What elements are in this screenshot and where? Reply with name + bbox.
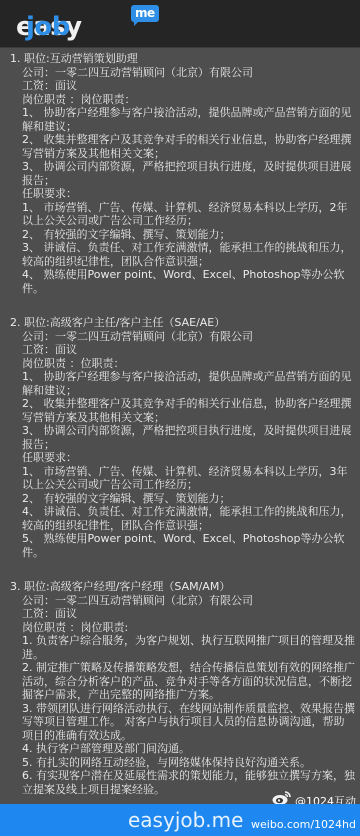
duties-heading: 岗位职责 ：岗位职责: xyxy=(22,621,355,635)
duties-heading: 岗位职责 ：位职责： xyxy=(22,357,355,371)
requirement-item: 4、 熟练使用Power point、Word、Excel、Photoshop等… xyxy=(22,268,355,295)
job-listings: 1. 职位:互动营销策划助理 公司：一零二四互动营销顾问（北京）有限公司 工资：… xyxy=(0,48,360,800)
job-title: 3. 职位:高级客户经理/客户经理（SAM/AM） xyxy=(10,580,355,594)
duty-item: 1、 协助客户经理参与客户接洽活动，提供品牌或产品营销方面的见解和建议； xyxy=(22,106,355,133)
duty-item: 3. 带领团队进行网络活动执行、在线网站制作质量监控、效果报告撰写等项目管理工作… xyxy=(22,702,355,743)
job-posting-1: 1. 职位:互动营销策划助理 公司：一零二四互动营销顾问（北京）有限公司 工资：… xyxy=(10,52,355,295)
requirement-item: 4、 讲诚信、负责任、对工作充满激情，能承担工作的挑战和压力，较高的组织纪律性，… xyxy=(22,505,355,532)
requirement-item: 5、 熟练使用Power point、Word、Excel、Photoshop等… xyxy=(22,532,355,559)
salary: 工资：面议 xyxy=(22,343,355,357)
duty-item: 1、 协助客户经理参与客户接洽活动，提供品牌或产品营销方面的见解和建议； xyxy=(22,370,355,397)
weibo-url[interactable]: weibo.com/1024hd xyxy=(251,818,356,832)
duties-heading: 岗位职责 ：岗位职责： xyxy=(22,93,355,107)
duty-item: 1. 负责客户综合服务，为客户规划、执行互联网推广项目的管理及推进。 xyxy=(22,634,355,661)
requirements-heading: 任职要求： xyxy=(22,451,355,465)
company: 公司：一零二四互动营销顾问（北京）有限公司 xyxy=(22,66,355,80)
duty-item: 2. 制定推广策略及传播策略发想，结合传播信息策划有效的网络推广活动，综合分析客… xyxy=(22,661,355,702)
duty-item: 3、 协调公司内部资源，严格把控项目执行进度，及时提供项目进展报告； xyxy=(22,160,355,187)
logo-me-bubble: me xyxy=(131,5,159,22)
company: 公司：一零二四互动营销顾问（北京）有限公司 xyxy=(22,330,355,344)
requirements-heading: 任职要求： xyxy=(22,187,355,201)
duty-item: 2、 收集并整理客户及其竞争对手的相关行业信息，协助客户经理撰写营销方案及其他相… xyxy=(22,133,355,160)
job-posting-2: 2. 职位:高级客户主任/客户主任（SAE/AE） 公司：一零二四互动营销顾问（… xyxy=(10,316,355,559)
duty-item: 5. 有扎实的网络互动经验，与网络媒体保持良好沟通关系。 xyxy=(22,756,355,770)
job-title: 2. 职位:高级客户主任/客户主任（SAE/AE） xyxy=(10,316,355,330)
requirement-item: 3、 讲诚信、负责任、对工作充满激情，能承担工作的挑战和压力，较高的组织纪律性，… xyxy=(22,241,355,268)
header: easyjob me xyxy=(0,0,360,48)
requirement-item: 1、 市场营销、广告、传媒、计算机、经济贸易本科以上学历，3年以上公关公司或广告… xyxy=(22,465,355,492)
footer: easyjob.me weibo.com/1024hd xyxy=(0,804,360,836)
job-posting-3: 3. 职位:高级客户经理/客户经理（SAM/AM） 公司：一零二四互动营销顾问（… xyxy=(10,580,355,796)
logo-job: job xyxy=(26,12,360,42)
duty-item: 2、 收集并整理客户及其竞争对手的相关行业信息，协助客户经理撰写营销方案及其他相… xyxy=(22,397,355,424)
duty-item: 4. 执行客户部管理及部门间沟通。 xyxy=(22,742,355,756)
duty-item: 3、 协调公司内部资源，严格把控项目执行进度，及时提供项目进展报告； xyxy=(22,424,355,451)
salary: 工资：面议 xyxy=(22,607,355,621)
company: 公司：一零二四互动营销顾问（北京）有限公司 xyxy=(22,594,355,608)
requirement-item: 2、 有较强的文字编辑、撰写、策划能力； xyxy=(22,492,355,506)
job-title: 1. 职位:互动营销策划助理 xyxy=(10,52,355,66)
salary: 工资：面议 xyxy=(22,79,355,93)
duty-item: 6. 有实现客户潜在及延展性需求的策划能力，能够独立撰写方案，独立提案及线上项目… xyxy=(22,769,355,796)
easyjob-logo[interactable]: easyjob me xyxy=(16,12,82,42)
requirement-item: 1、 市场营销、广告、传媒、计算机、经济贸易本科以上学历，2年以上公关公司或广告… xyxy=(22,201,355,228)
footer-domain[interactable]: easyjob.me xyxy=(128,808,243,832)
requirement-item: 2、 有较强的文字编辑、撰写、策划能力； xyxy=(22,228,355,242)
